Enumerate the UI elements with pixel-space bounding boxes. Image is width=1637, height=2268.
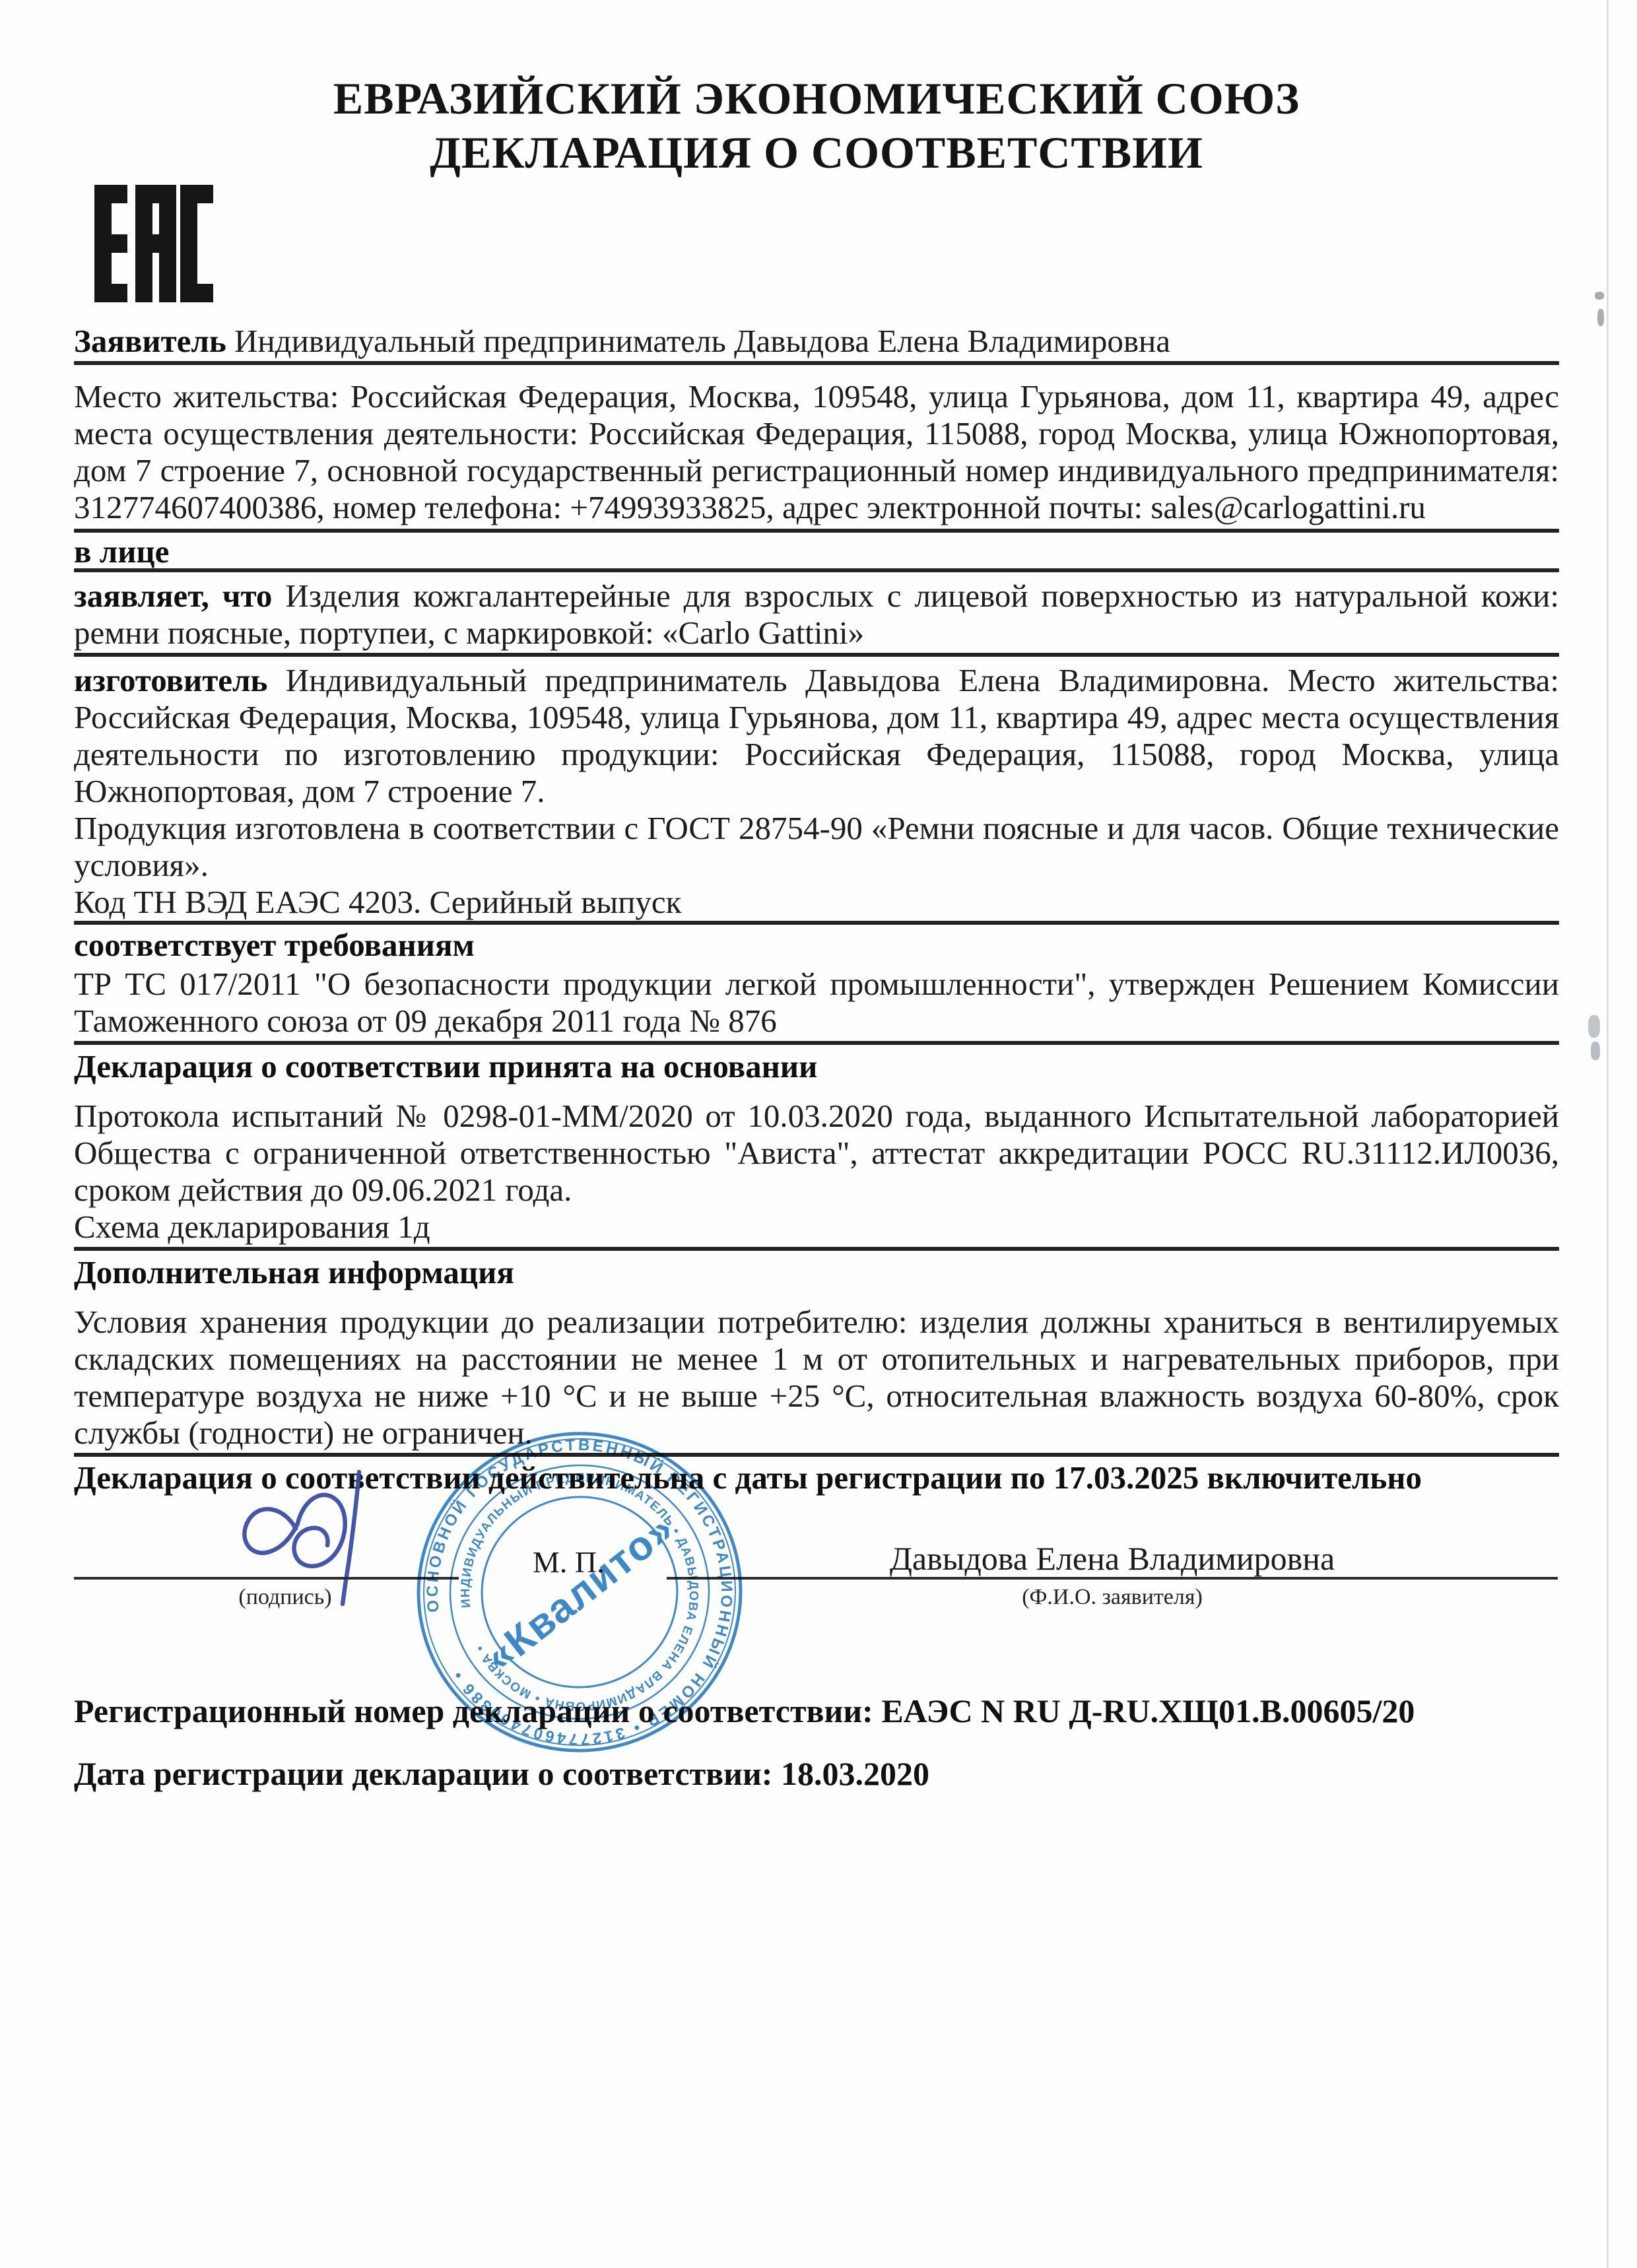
additional-label: Дополнительная информация bbox=[74, 1254, 514, 1290]
additional-text: Условия хранения продукции до реализации… bbox=[74, 1304, 1559, 1451]
page-title: ЕВРАЗИЙСКИЙ ЭКОНОМИЧЕСКИЙ СОЮЗ bbox=[74, 71, 1559, 125]
basis-text: Протокола испытаний № 0298-01-ММ/2020 от… bbox=[74, 1098, 1559, 1209]
signature-block: М. П. Давыдова Елена Владимировна (подпи… bbox=[74, 1495, 1559, 1692]
tnved-code: Код ТН ВЭД ЕАЭС 4203. Серийный выпуск bbox=[74, 884, 1559, 921]
divider bbox=[74, 1453, 1559, 1457]
declares-label: заявляет, что bbox=[74, 578, 272, 614]
compliance-text: ТР ТС 017/2011 "О безопасности продукции… bbox=[74, 966, 1559, 1040]
scan-speck bbox=[1591, 1042, 1600, 1060]
name-caption: (Ф.И.О. заявителя) bbox=[1022, 1585, 1203, 1610]
declaration-document: ЕВРАЗИЙСКИЙ ЭКОНОМИЧЕСКИЙ СОЮЗ ДЕКЛАРАЦИ… bbox=[0, 0, 1637, 2268]
compliance-heading: соответствует требованиям bbox=[74, 929, 1559, 962]
declares-row: заявляет, что Изделия кожгалантерейные д… bbox=[74, 578, 1559, 651]
in-person-label: в лице bbox=[74, 533, 169, 570]
registration-number-value: ЕАЭС N RU Д-RU.ХЩ01.В.00605/20 bbox=[881, 1692, 1415, 1729]
registration-date-row: Дата регистрации декларации о соответств… bbox=[74, 1755, 1559, 1793]
in-person-row: в лице bbox=[74, 537, 1559, 567]
additional-heading: Дополнительная информация bbox=[74, 1256, 1559, 1289]
scan-speck bbox=[1595, 292, 1604, 300]
company-stamp: ОСНОВНОЙ ГОСУДАРСТВЕННЫЙ РЕГИСТРАЦИОННЫЙ… bbox=[415, 1427, 745, 1760]
page-subtitle: ДЕКЛАРАЦИЯ О СООТВЕТСТВИИ bbox=[74, 125, 1559, 180]
applicant-value: Индивидуальный предприниматель Давыдова … bbox=[234, 323, 1170, 359]
registration-date-value: 18.03.2020 bbox=[781, 1755, 929, 1792]
divider bbox=[74, 361, 1559, 365]
scan-speck bbox=[1588, 1015, 1600, 1038]
registration-date-label: Дата регистрации декларации о соответств… bbox=[74, 1755, 772, 1792]
registration-number-row: Регистрационный номер декларации о соотв… bbox=[74, 1692, 1559, 1730]
basis-heading: Декларация о соответствии принята на осн… bbox=[74, 1050, 1559, 1083]
applicant-row: Заявитель Индивидуальный предприниматель… bbox=[74, 322, 1559, 360]
production-standard: Продукция изготовлена в соответствии с Г… bbox=[74, 810, 1559, 884]
scan-edge-line bbox=[1607, 0, 1609, 2268]
declaration-scheme: Схема декларирования 1д bbox=[74, 1209, 1559, 1246]
manufacturer-row: изготовитель Индивидуальный предпринимат… bbox=[74, 662, 1559, 810]
divider bbox=[74, 921, 1559, 925]
scan-speck bbox=[1597, 309, 1604, 326]
applicant-label: Заявитель bbox=[74, 323, 226, 359]
compliance-label: соответствует требованиям bbox=[74, 927, 475, 963]
name-line bbox=[667, 1577, 1558, 1580]
divider bbox=[74, 529, 1559, 533]
eac-mark-logo bbox=[94, 185, 213, 306]
divider bbox=[74, 1041, 1559, 1045]
signer-name: Давыдова Елена Владимировна bbox=[667, 1539, 1558, 1578]
signature-line bbox=[74, 1577, 459, 1580]
divider bbox=[74, 1247, 1559, 1251]
signature-caption: (подпись) bbox=[238, 1585, 331, 1610]
divider bbox=[74, 568, 1559, 572]
divider bbox=[74, 653, 1559, 657]
declares-value: Изделия кожгалантерейные для взрослых с … bbox=[74, 578, 1559, 651]
applicant-details: Место жительства: Российская Федерация, … bbox=[74, 378, 1559, 526]
basis-label: Декларация о соответствии принята на осн… bbox=[74, 1048, 817, 1084]
manufacturer-label: изготовитель bbox=[74, 662, 267, 698]
manufacturer-value: Индивидуальный предприниматель Давыдова … bbox=[74, 662, 1559, 809]
